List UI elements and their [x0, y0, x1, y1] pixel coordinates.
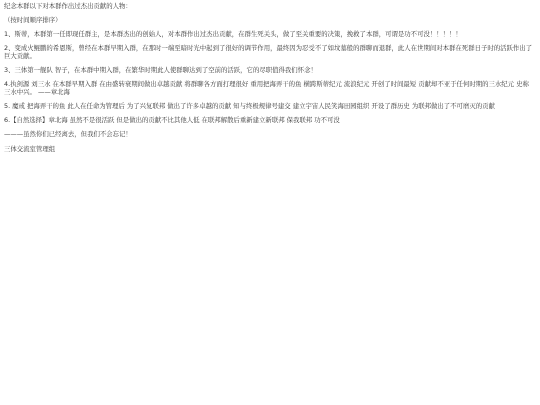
- list-item: 3、三体第一舰队 智子，在本群中期入群，在繁华时期此人使群聊达到了空前的活跃，它…: [4, 66, 536, 74]
- order-note: （按时间顺序排序）: [4, 16, 536, 24]
- document-body: 纪念本群以下对本群作出过杰出贡献的人物： （按时间顺序排序） 1、斯蒂，本群第一…: [4, 2, 536, 153]
- list-item: 5. 魔戒 把海弄干的鱼 此人在任命为管理后 为了兴复联邦 做出了许多卓越的贡献…: [4, 102, 536, 110]
- signature-text: 三体交流室管理组: [4, 145, 536, 153]
- farewell-text: ———虽然你们已经离去，但我们不会忘记！: [4, 130, 536, 138]
- list-item: 1、斯蒂，本群第一任即现任群主，是本群杰出的创始人，对本群作出过杰出贡献，在群生…: [4, 30, 536, 38]
- list-item: 6.【自然选择】章北海 虽然不是很活跃 但是做出的贡献不比其他人低 在联邦解散后…: [4, 116, 536, 124]
- list-item: 4.执剑源 刘三水 在本群早期入群 在由盛转衰期间做出卓越贡献 将群聊各方面打理…: [4, 80, 536, 96]
- list-item: 2、变成火鲲鹏的希恩斯，曾经在本群早期入群，在那时一端至暗时光中起到了很好的调节…: [4, 44, 536, 60]
- intro-text: 纪念本群以下对本群作出过杰出贡献的人物：: [4, 2, 536, 10]
